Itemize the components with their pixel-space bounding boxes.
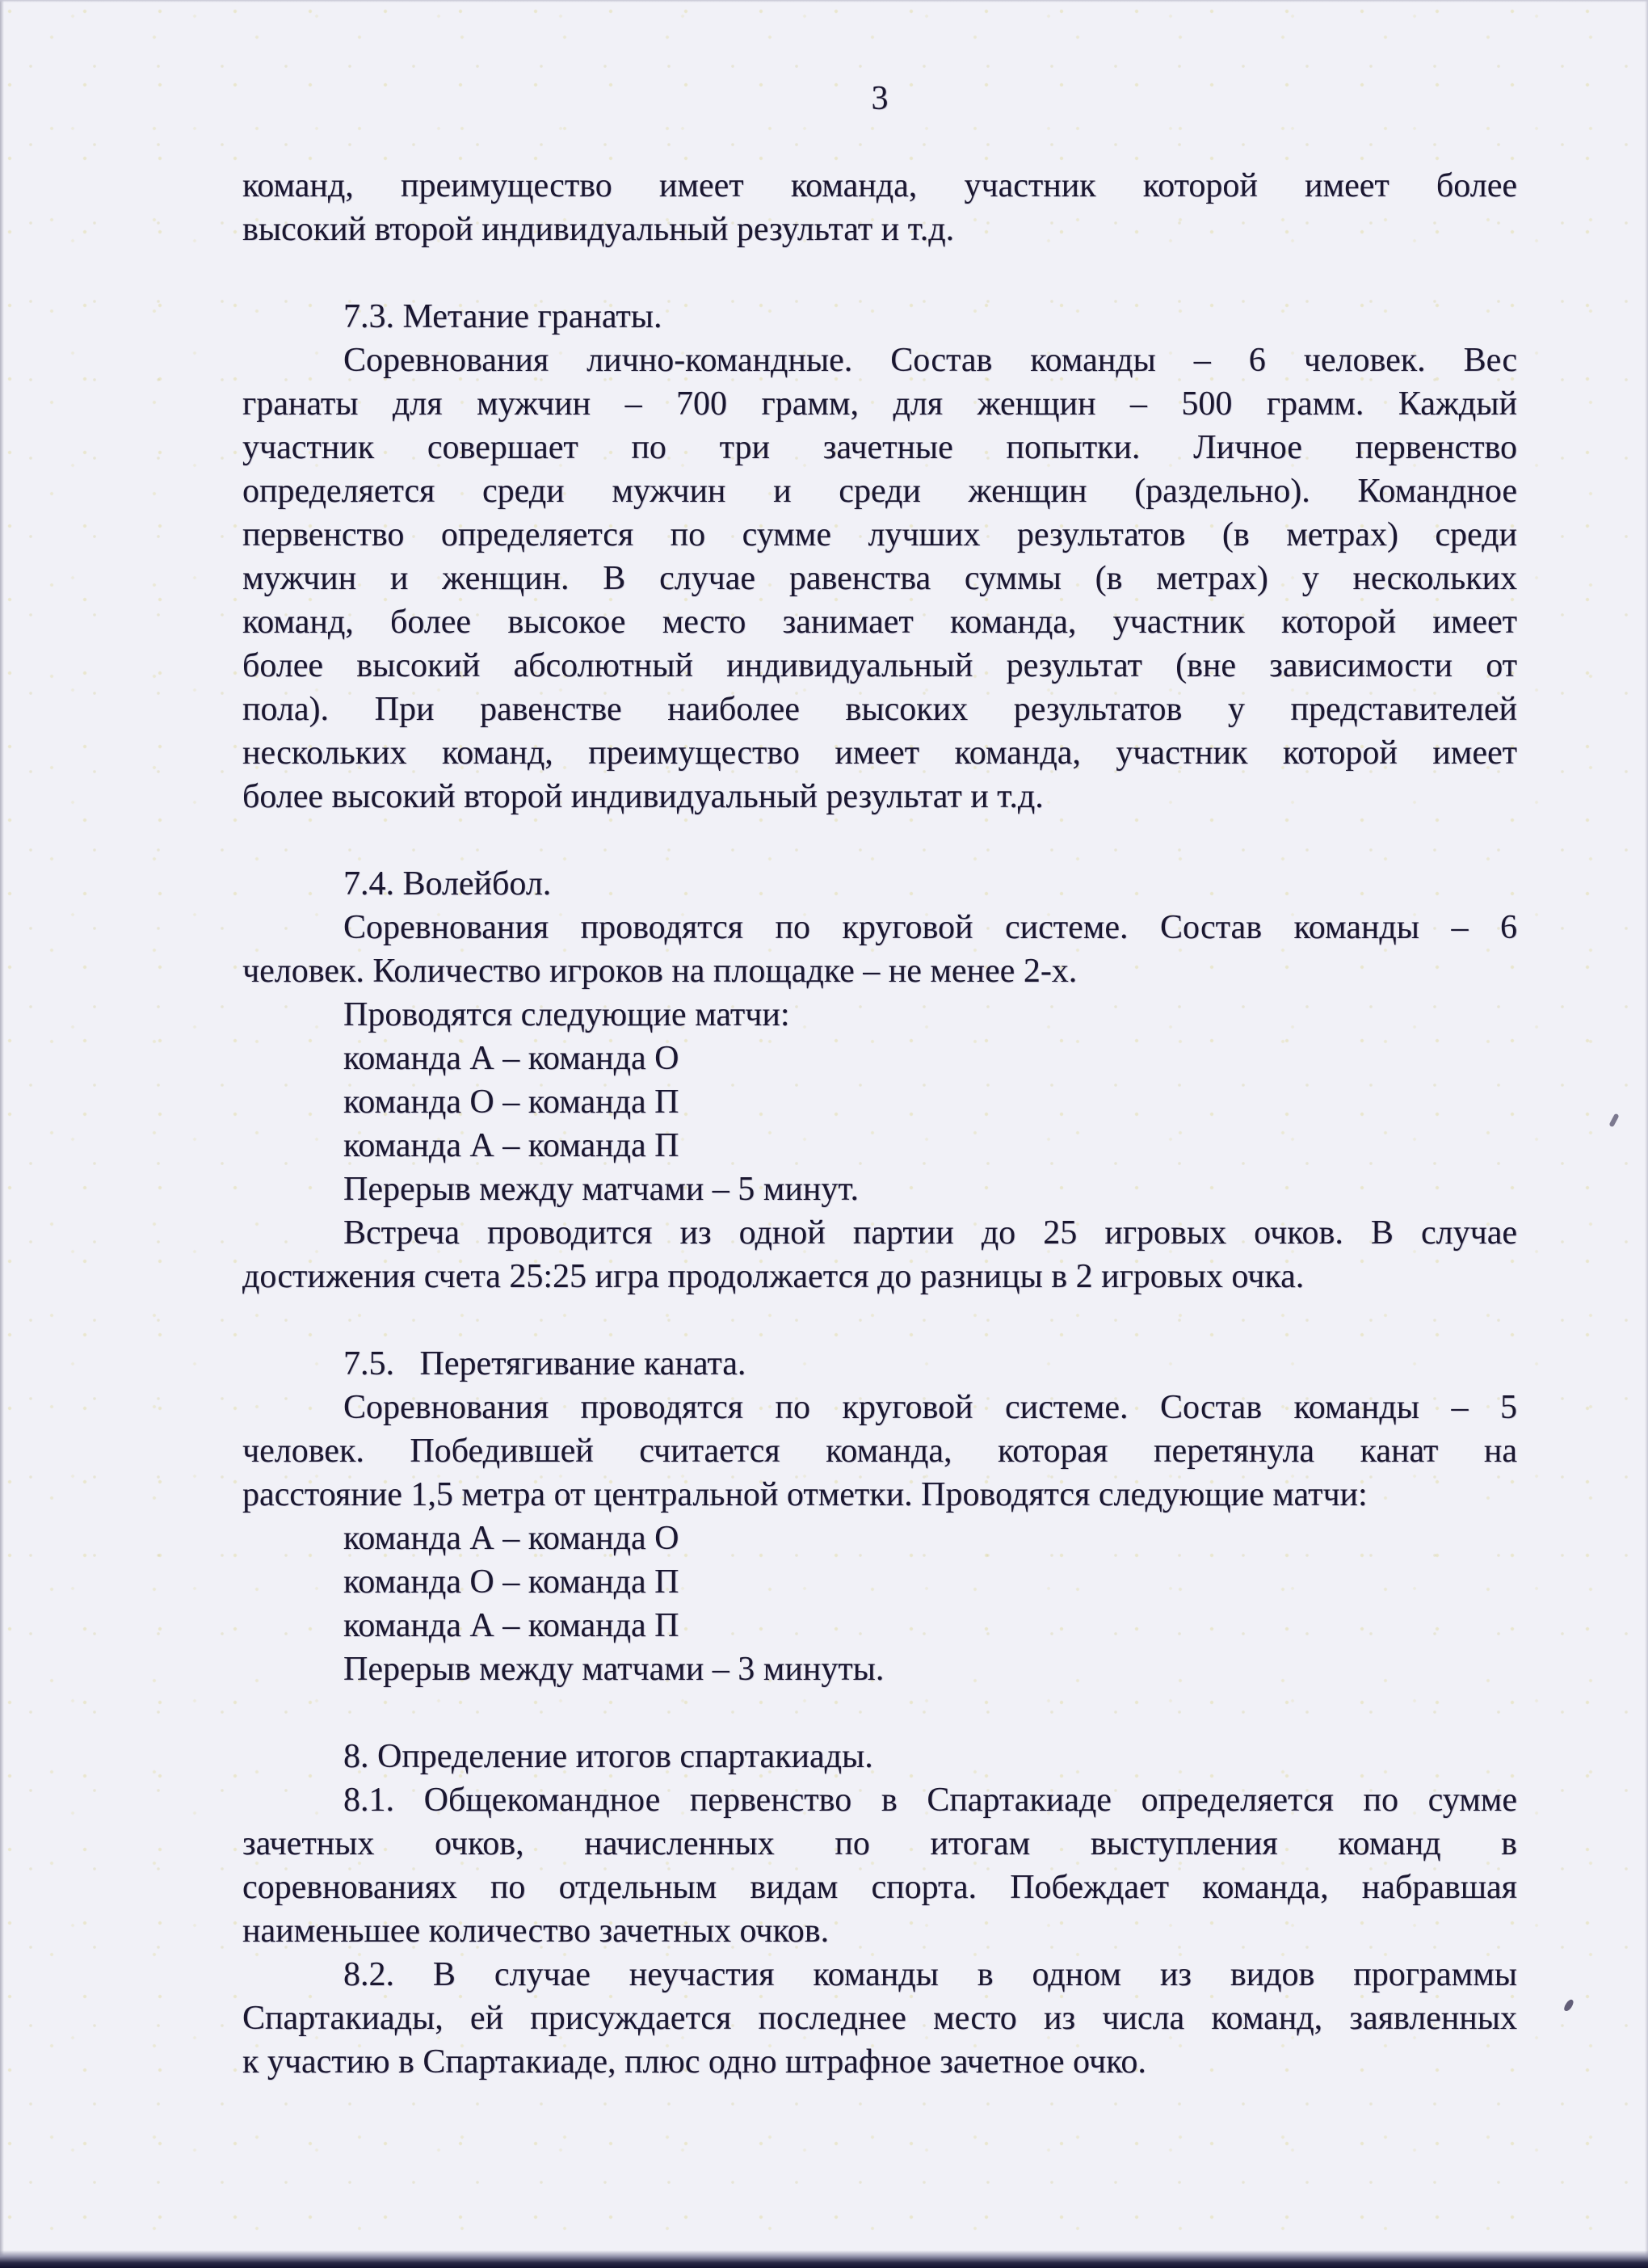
paragraph-line: команд, преимущество имеет команда, учас… [242,164,1517,208]
paragraph-line: Спартакиады, ей присуждается последнее м… [242,1997,1517,2040]
matches-intro-line: Проводятся следующие матчи: [242,993,1517,1037]
paragraph-line: высокий второй индивидуальный результат … [242,208,1517,251]
match-line: команда А – команда П [242,1124,1517,1168]
match-line: команда О – команда П [242,1080,1517,1124]
paragraph-line: гранаты для мужчин – 700 грамм, для женщ… [242,382,1517,426]
break-note-line: Перерыв между матчами – 3 минуты. [242,1647,1517,1691]
scan-edge-bottom [0,2250,1648,2268]
paragraph-line: человек. Победившей считается команда, к… [242,1429,1517,1473]
document-page: 3 команд, преимущество имеет команда, уч… [0,0,1648,2268]
paragraph-line: пола). При равенстве наиболее высоких ре… [242,688,1517,731]
paragraph-line: соревнованиях по отдельным видам спорта.… [242,1866,1517,1909]
paragraph-line: к участию в Спартакиаде, плюс одно штраф… [242,2040,1517,2084]
break-note-line: Перерыв между матчами – 5 минут. [242,1168,1517,1211]
paragraph-line: достижения счета 25:25 игра продолжается… [242,1255,1517,1298]
section-heading-7-4: 7.4. Волейбол. [242,862,1517,906]
paragraph-line: человек. Количество игроков на площадке … [242,949,1517,993]
scan-edge-top [0,0,1648,2]
paragraph-line: Соревнования лично-командные. Состав ком… [242,339,1517,382]
section-8: 8. Определение итогов спартакиады. 8.1. … [242,1735,1517,2084]
paragraph-line: Соревнования проводятся по круговой сист… [242,906,1517,949]
section-heading-7-5: 7.5. Перетягивание каната. [242,1342,1517,1386]
paragraph-line: Встреча проводится из одной партии до 25… [242,1211,1517,1255]
paragraph-line: зачетных очков, начисленных по итогам вы… [242,1822,1517,1866]
paragraph-line: более высокий абсолютный индивидуальный … [242,644,1517,688]
match-line: команда А – команда О [242,1037,1517,1080]
intro-paragraph: команд, преимущество имеет команда, учас… [242,164,1517,251]
paragraph-line: 8.1. Общекомандное первенство в Спартаки… [242,1778,1517,1822]
paragraph-line: участник совершает по три зачетные попыт… [242,426,1517,469]
page-content: 3 команд, преимущество имеет команда, уч… [242,77,1517,2084]
section-7-3: 7.3. Метание гранаты. Соревнования лично… [242,295,1517,818]
match-line: команда О – команда П [242,1560,1517,1604]
paragraph-line: мужчин и женщин. В случае равенства сумм… [242,557,1517,600]
pen-mark [1562,1998,1575,2013]
paragraph-line: определяется среди мужчин и среди женщин… [242,469,1517,513]
paragraph-line: первенство определяется по сумме лучших … [242,513,1517,557]
section-heading-8: 8. Определение итогов спартакиады. [242,1735,1517,1778]
paragraph-line: нескольких команд, преимущество имеет ко… [242,731,1517,775]
page-number: 3 [242,77,1517,120]
section-7-5: 7.5. Перетягивание каната. Соревнования … [242,1342,1517,1691]
section-7-4: 7.4. Волейбол. Соревнования проводятся п… [242,862,1517,1298]
paragraph-line: наименьшее количество зачетных очков. [242,1909,1517,1953]
paragraph-line: более высокий второй индивидуальный резу… [242,775,1517,818]
pen-mark [1608,1113,1619,1128]
paragraph-line: команд, более высокое место занимает ком… [242,600,1517,644]
match-line: команда А – команда П [242,1604,1517,1647]
scan-edge-right [1645,0,1648,2268]
scan-edge-left [0,0,4,2268]
section-heading-7-3: 7.3. Метание гранаты. [242,295,1517,339]
match-line: команда А – команда О [242,1517,1517,1560]
paragraph-line: 8.2. В случае неучастия команды в одном … [242,1953,1517,1997]
paragraph-line: расстояние 1,5 метра от центральной отме… [242,1473,1517,1517]
paragraph-line: Соревнования проводятся по круговой сист… [242,1386,1517,1429]
